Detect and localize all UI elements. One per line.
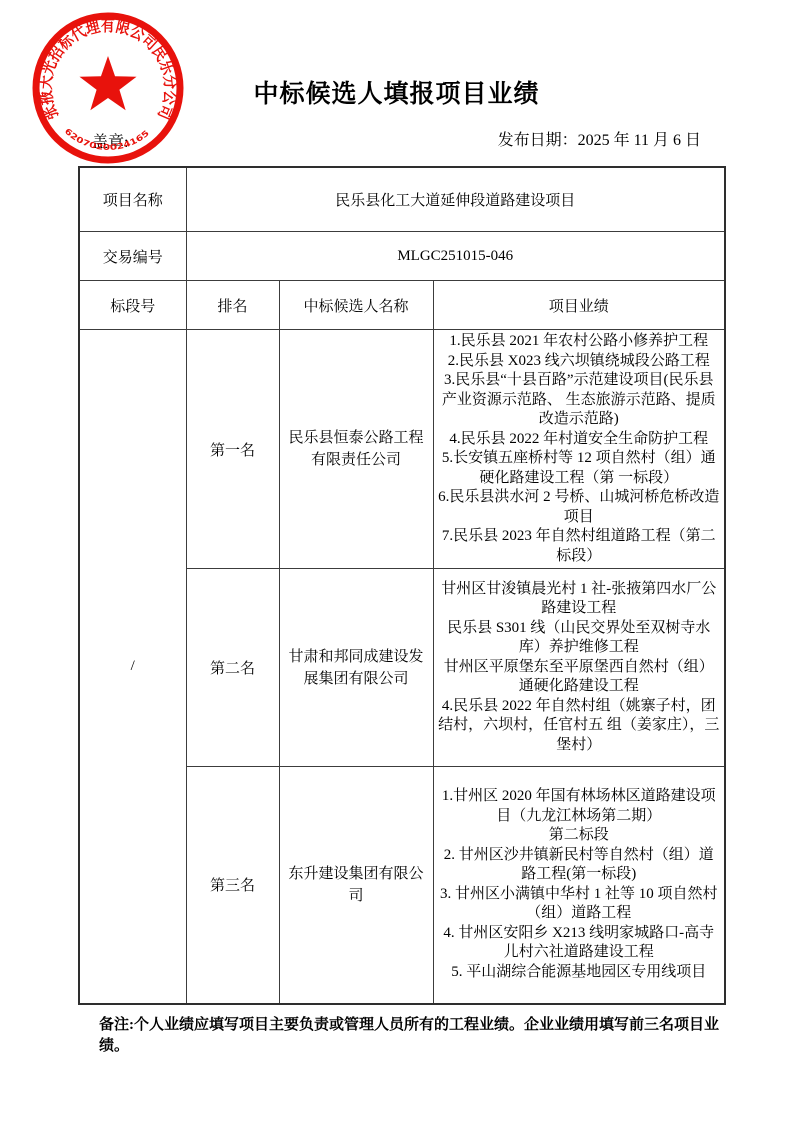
project-name-value: 民乐县化工大道延伸段道路建设项目 — [186, 167, 725, 232]
transaction-no-label: 交易编号 — [79, 232, 186, 281]
performance-list-second: 甘州区甘浚镇晨光村 1 社-张掖第四水厂公路建设工程 民乐县 S301 线（山民… — [433, 569, 725, 767]
transaction-no-row: 交易编号 MLGC251015-046 — [79, 232, 725, 281]
transaction-no-value: MLGC251015-046 — [186, 232, 725, 281]
remark-note: 备注:个人业绩应填写项目主要负责或管理人员所有的工程业绩。企业业绩用填写前三名项… — [99, 1013, 739, 1055]
candidate-name-third: 东升建设集团有限公司 — [279, 767, 433, 1004]
performance-list-first: 1.民乐县 2021 年农村公路小修养护工程 2.民乐县 X023 线六坝镇绕城… — [433, 330, 725, 569]
performance-list-third: 1.甘州区 2020 年国有林场林区道路建设项目（九龙江林场第二期） 第二标段 … — [433, 767, 725, 1004]
seal-star-icon — [79, 56, 136, 110]
company-seal: 张掖天光招标代理有限公司民乐分公司 6207020024165 — [8, 0, 208, 188]
publish-date: 发布日期：2025 年 11 月 6 日 — [498, 127, 701, 150]
rank-cell-third: 第三名 — [186, 767, 279, 1004]
col-header-candidate: 中标候选人名称 — [279, 281, 433, 330]
col-header-section: 标段号 — [79, 281, 186, 330]
col-header-rank: 排名 — [186, 281, 279, 330]
col-header-performance: 项目业绩 — [433, 281, 725, 330]
candidate-name-first: 民乐县恒泰公路工程有限责任公司 — [279, 330, 433, 569]
rank-cell-second: 第二名 — [186, 569, 279, 767]
document-page: { "stamp": { "ring_text": "张掖天光招标代理有限公司民… — [0, 0, 793, 1122]
seal-serial-number: 6207020024165 — [63, 127, 152, 152]
svg-text:6207020024165: 6207020024165 — [63, 127, 152, 152]
rank-cell-first: 第一名 — [186, 330, 279, 569]
candidate-row-first: / 第一名 民乐县恒泰公路工程有限责任公司 1.民乐县 2021 年农村公路小修… — [79, 330, 725, 569]
section-no-cell: / — [79, 330, 186, 1004]
bid-results-table: 项目名称 民乐县化工大道延伸段道路建设项目 交易编号 MLGC251015-04… — [78, 166, 726, 1005]
column-header-row: 标段号 排名 中标候选人名称 项目业绩 — [79, 281, 725, 330]
candidate-name-second: 甘肃和邦同成建设发展集团有限公司 — [279, 569, 433, 767]
